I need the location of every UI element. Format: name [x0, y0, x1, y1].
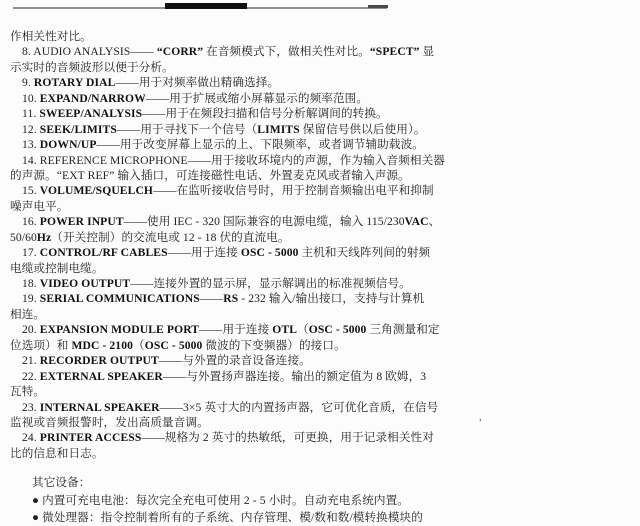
text-segment: 19. [22, 292, 40, 305]
bold-text-segment: RECORDER OUTPUT [40, 354, 159, 367]
text-segment: 的声源。“EXT REF” 输入插口，可连接磁性电话、外置麦克风或者输入声源。 [10, 169, 410, 182]
text-segment: ——连接外置的显示屏，显示解调出的标准视频信号。 [130, 277, 411, 290]
bold-text-segment: EXPANSION MODULE PORT [40, 323, 199, 336]
text-line: 17. CONTROL/RF CABLES——用于连接 OSC - 5000 主… [10, 245, 394, 260]
text-segment: 21. [22, 354, 40, 367]
text-segment: 微波的下变频器）的接口。 [202, 339, 345, 352]
text-segment: ——用于连接 [199, 323, 272, 336]
bold-text-segment: POWER INPUT [40, 215, 124, 228]
bold-text-segment: SWEEP/ANALYSIS [39, 107, 142, 120]
bold-text-segment: DOWN/UP [40, 138, 97, 151]
text-segment: 16. [22, 215, 40, 228]
text-segment: ——用于连接 [168, 246, 241, 259]
text-line: ● 微处理器：指令控制着所有的子系统、内存管理、模/数和数/模转换模块的 [10, 509, 394, 526]
text-line: 的声源。“EXT REF” 输入插口，可连接磁性电话、外置麦克风或者输入声源。 [10, 168, 394, 183]
text-line: 9. ROTARY DIAL——用于对频率做出精确选择。 [10, 75, 394, 90]
text-segment: 15. [22, 184, 40, 197]
bold-text-segment: SERIAL COMMUNICATIONS [40, 292, 200, 305]
text-segment: 三角测量和定 [366, 323, 439, 336]
text-segment: ——用于对频率做出精确选择。 [115, 76, 279, 89]
text-segment: 18. [22, 277, 40, 290]
text-segment: - 232 输入/输出接口，支持与计算机 [238, 292, 424, 305]
bold-text-segment: PRINTER ACCESS [40, 431, 142, 444]
bold-text-segment: OSC - 5000 [309, 323, 367, 336]
text-line: 11. SWEEP/ANALYSIS——用于在频段扫描和信号分析解调间的转换。 [10, 106, 394, 121]
text-line: 电缆或控制电缆。 [10, 261, 394, 276]
text-segment: ● 内置可充电电池：每次完全充电可使用 2 - 5 小时。自动充电系统内置。 [32, 494, 409, 507]
document-page: 作相关性对比。8. AUDIO ANALYSIS—— “CORR” 在音频模式下… [0, 0, 640, 526]
bold-text-segment: VIDEO OUTPUT [40, 277, 130, 290]
text-line: 其它设备： [10, 474, 394, 492]
scan-artifact-speck: , [479, 411, 482, 423]
text-segment: ——用于在频段扫描和信号分析解调间的转换。 [142, 107, 388, 120]
text-segment: 、 [429, 215, 441, 228]
text-line: 19. SERIAL COMMUNICATIONS——RS - 232 输入/输… [10, 291, 394, 306]
bold-text-segment: EXTERNAL SPEAKER [40, 370, 163, 383]
text-segment: 8. AUDIO ANALYSIS—— [22, 45, 157, 58]
text-line: 22. EXTERNAL SPEAKER——与外置扬声器连接。输出的额定值为 8… [10, 369, 394, 384]
text-segment: ——用于改变屏幕上显示的上、下限频率，或者调节辅助载波。 [97, 138, 424, 151]
text-line: 13. DOWN/UP——用于改变屏幕上显示的上、下限频率，或者调节辅助载波。 [10, 137, 394, 152]
text-segment: 监视或音频报警时，发出高质量音调。 [10, 416, 209, 429]
text-line: 瓦特。 [10, 384, 394, 399]
bold-text-segment: “CORR” [157, 45, 203, 58]
text-segment: 11. [22, 107, 39, 120]
text-segment: 主机和天线阵列间的射频 [299, 246, 431, 259]
bold-text-segment: EXPAND/NARROW [40, 92, 146, 105]
text-line: ● 内置可充电电池：每次完全充电可使用 2 - 5 小时。自动充电系统内置。 [10, 492, 394, 510]
text-line: 位选项）和 MDC - 2100（OSC - 5000 微波的下变频器）的接口。 [10, 338, 394, 353]
text-segment: 17. [22, 246, 40, 259]
text-segment: ——3×5 英寸大的内置扬声器，它可优化音质，在信号 [160, 401, 439, 414]
text-segment: ——规格为 2 英寸的热敏纸，可更换，用于记录相关性对 [141, 431, 434, 444]
bold-text-segment: VOLUME/SQUELCH [40, 184, 153, 197]
text-line: 噪声电平。 [10, 199, 394, 214]
bold-text-segment: INTERNAL SPEAKER [40, 401, 160, 414]
text-segment: ——用于寻找下一个信号（ [117, 123, 257, 136]
text-line: 示实时的音频波形以便于分析。 [10, 60, 394, 75]
text-line: 15. VOLUME/SQUELCH——在监听接收信号时，用于控制音频输出电平和… [10, 183, 394, 198]
text-line: 比的信息和日志。 [10, 446, 394, 461]
text-segment: 在音频模式下，做相关性对比。 [203, 45, 370, 58]
text-line: 监视或音频报警时，发出高质量音调。 [10, 415, 394, 430]
text-segment: 相连。 [10, 308, 45, 321]
text-line: 12. SEEK/LIMITS——用于寻找下一个信号（LIMITS 保留信号供以… [10, 122, 394, 137]
text-segment: 瓦特。 [10, 385, 45, 398]
text-segment: 13. [22, 138, 40, 151]
bold-text-segment: VAC [405, 215, 429, 228]
text-segment: 9. [22, 76, 34, 89]
bold-text-segment: MDC - 2100 [71, 339, 133, 352]
bold-text-segment: ROTARY DIAL [34, 76, 116, 89]
text-segment: 保留信号供以后使用）。 [300, 123, 426, 136]
text-segment: —— [200, 292, 223, 305]
text-line: 50/60Hz（开关控制）的交流电或 12 - 18 伏的直流电。 [10, 230, 394, 245]
text-segment: ——使用 IEC - 320 国际兼容的电源电缆，输入 115/230 [124, 215, 405, 228]
bold-text-segment: OSC - 5000 [241, 246, 299, 259]
text-line: 8. AUDIO ANALYSIS—— “CORR” 在音频模式下，做相关性对比… [10, 44, 394, 59]
bold-text-segment: CONTROL/RF CABLES [40, 246, 168, 259]
text-segment: 10. [22, 92, 40, 105]
text-segment: 14. REFERENCE MICROPHONE——用于接收环境内的声源，作为输… [22, 154, 445, 167]
text-segment: 50/60 [10, 231, 37, 244]
text-segment: 24. [22, 431, 40, 444]
header-rule-tick [368, 5, 388, 8]
bold-text-segment: “SPECT” [370, 45, 420, 58]
text-segment: 显 [420, 45, 435, 58]
text-segment: 20. [22, 323, 40, 336]
text-line: 21. RECORDER OUTPUT——与外置的录音设备连接。 [10, 353, 394, 368]
text-segment: ——在监听接收信号时，用于控制音频输出电平和抑制 [153, 184, 434, 197]
text-segment: ——与外置的录音设备连接。 [159, 354, 311, 367]
bold-text-segment: SEEK/LIMITS [40, 123, 117, 136]
text-line: 18. VIDEO OUTPUT——连接外置的显示屏，显示解调出的标准视频信号。 [10, 276, 394, 291]
header-redaction-bar [165, 3, 247, 9]
text-segment: （ [297, 323, 309, 336]
text-line: 14. REFERENCE MICROPHONE——用于接收环境内的声源，作为输… [10, 153, 394, 168]
text-segment: 作相关性对比。 [10, 30, 92, 43]
text-line: 20. EXPANSION MODULE PORT——用于连接 OTL（OSC … [10, 322, 394, 337]
text-segment: ——用于扩展或缩小屏幕显示的频率范围。 [146, 92, 368, 105]
text-line: 作相关性对比。 [10, 29, 394, 44]
text-segment: 22. [22, 370, 40, 383]
text-segment: 噪声电平。 [10, 200, 68, 213]
text-line: 16. POWER INPUT——使用 IEC - 320 国际兼容的电源电缆，… [10, 214, 394, 229]
text-segment: 位选项）和 [10, 339, 71, 352]
bold-text-segment: LIMITS [257, 123, 299, 136]
bold-text-segment: RS [223, 292, 238, 305]
text-segment: 12. [22, 123, 40, 136]
text-line: 23. INTERNAL SPEAKER——3×5 英寸大的内置扬声器，它可优化… [10, 400, 394, 415]
text-segment: 23. [22, 401, 40, 414]
text-segment: ● 微处理器：指令控制着所有的子系统、内存管理、模/数和数/模转换模块的 [32, 511, 423, 524]
text-segment: （开关控制）的交流电或 12 - 18 伏的直流电。 [51, 231, 289, 244]
line-spacer [10, 461, 394, 474]
text-line: 相连。 [10, 307, 394, 322]
bold-text-segment: Hz [37, 231, 51, 244]
text-line: 10. EXPAND/NARROW——用于扩展或缩小屏幕显示的频率范围。 [10, 91, 394, 106]
text-segment: （ [133, 339, 145, 352]
text-segment: 电缆或控制电缆。 [10, 262, 104, 275]
text-segment: 其它设备： [32, 476, 90, 489]
text-line: 24. PRINTER ACCESS——规格为 2 英寸的热敏纸，可更换，用于记… [10, 430, 394, 445]
bold-text-segment: OTL [272, 323, 297, 336]
text-segment: ——与外置扬声器连接。输出的额定值为 8 欧姆，3 [163, 370, 426, 383]
text-segment: 比的信息和日志。 [10, 447, 104, 460]
bold-text-segment: OSC - 5000 [145, 339, 203, 352]
text-segment: 示实时的音频波形以便于分析。 [10, 61, 174, 74]
document-text-block: 作相关性对比。8. AUDIO ANALYSIS—— “CORR” 在音频模式下… [10, 29, 394, 526]
